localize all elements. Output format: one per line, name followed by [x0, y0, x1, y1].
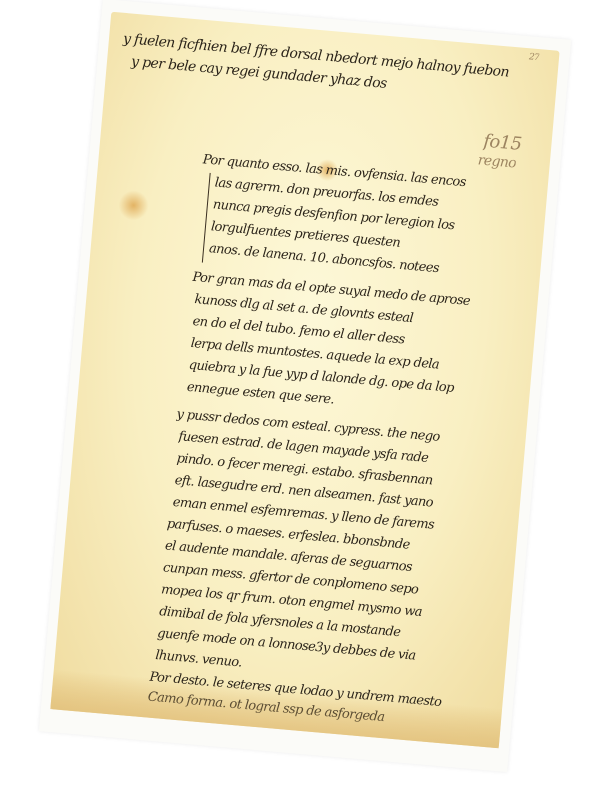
manuscript-page-lower: Por desto. le seteres que lodao y undrem…	[50, 12, 559, 749]
text-line: Por desto. le seteres que lodao y undrem…	[149, 670, 479, 714]
